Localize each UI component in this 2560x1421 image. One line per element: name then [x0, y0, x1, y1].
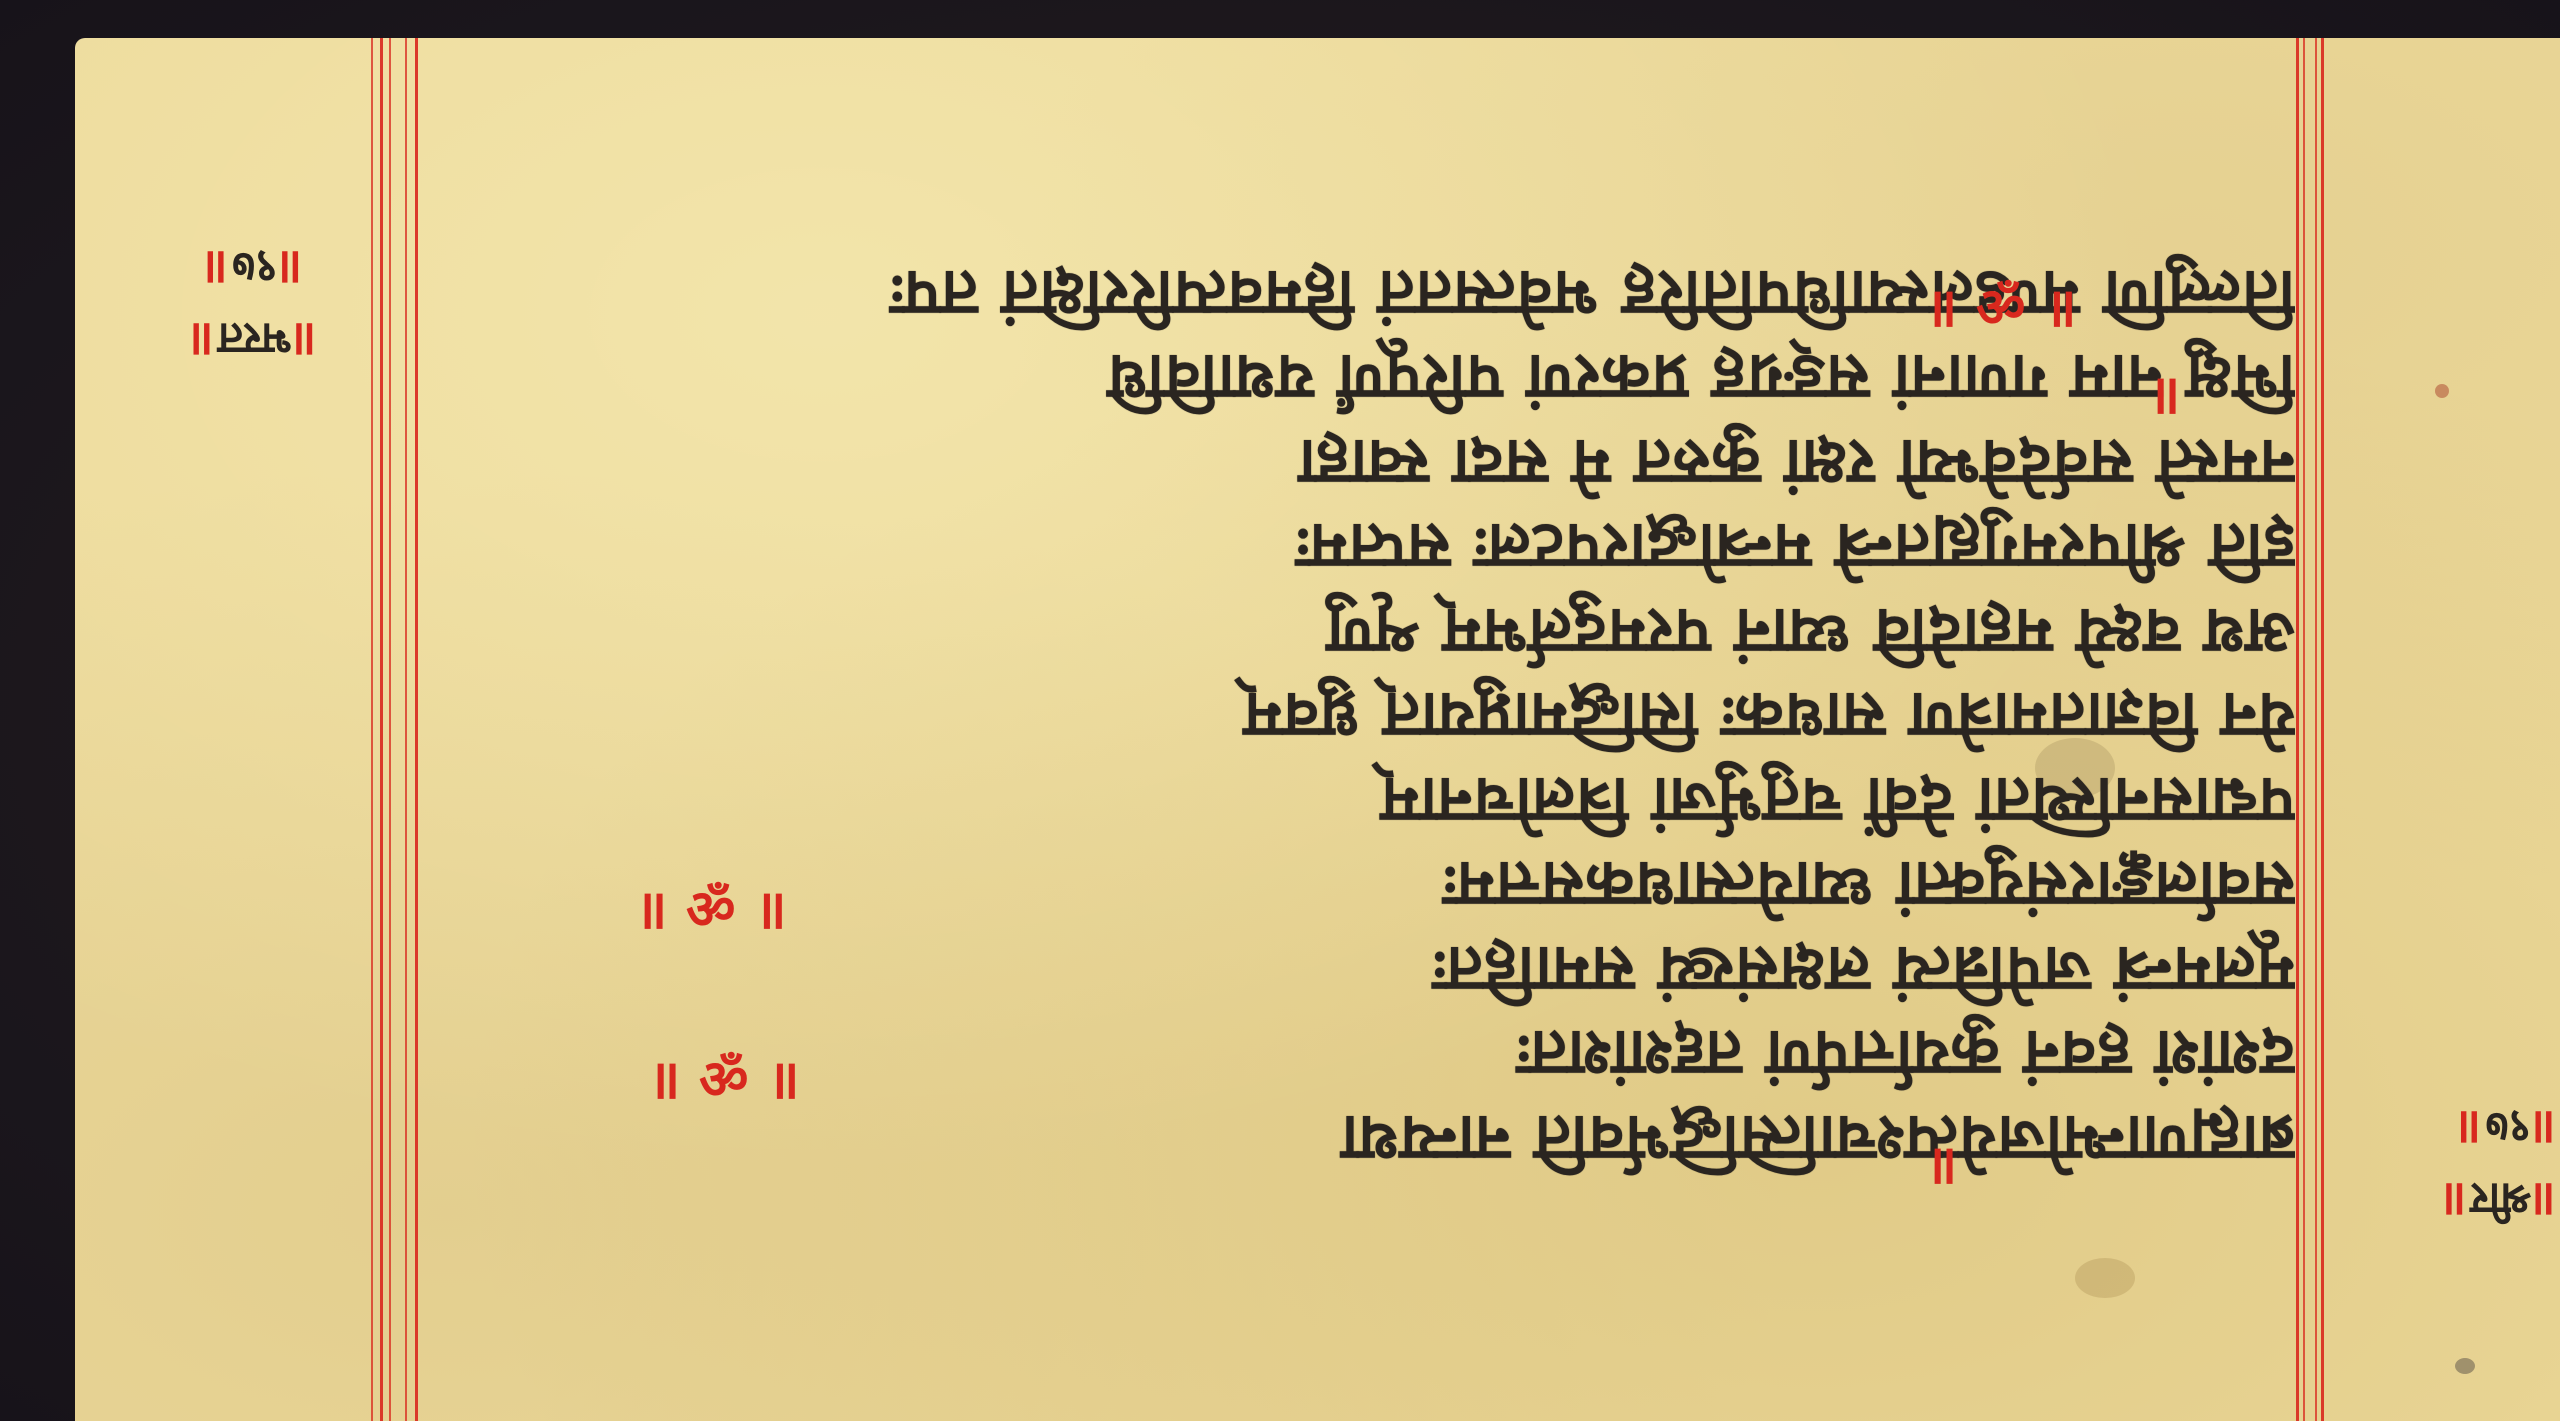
- left-folio-label: ॥भरत॥ ॥९७॥: [140, 225, 370, 375]
- rubric-danda-mark: ॥: [2148, 355, 2180, 429]
- manuscript-line: पद्मासनस्थितां देवीं चतुर्भुजां त्रिलोचन…: [410, 758, 2295, 843]
- manuscript-line: नमस्ते सर्वदेवेभ्यो रक्षां कुरुत मे सदा …: [410, 420, 2295, 505]
- left-margin-rule: [405, 38, 407, 1421]
- right-folio-label: ॥श्रीर॥ ॥९७॥: [2380, 1085, 2560, 1235]
- ink-spot: [2435, 384, 2449, 398]
- right-margin-rule: [2315, 38, 2317, 1421]
- stain: [2075, 1258, 2135, 1298]
- left-margin-rule: [389, 38, 391, 1421]
- manuscript-line: येन विज्ञातमात्रेण साधकः सिद्धिमाप्नुयात…: [410, 673, 2295, 758]
- right-folio-label-line2: ॥श्रीर॥: [2380, 1163, 2560, 1235]
- left-folio-label-line2: ॥भरत॥: [140, 303, 370, 375]
- stain: [2455, 1358, 2475, 1374]
- manuscript-line: इति श्रीपरमगुह्यतन्त्रे मन्त्रोद्धारपटलः…: [410, 504, 2295, 589]
- right-folio-label-line1: ॥९७॥: [2380, 1091, 2560, 1163]
- left-folio-label-line1: ॥९७॥: [140, 231, 370, 303]
- right-margin-rule: [2296, 38, 2299, 1421]
- rubric-danda-mark: ॥ ॐ ॥: [635, 870, 787, 944]
- rubric-danda-mark: ॥ ॐ ॥: [648, 1040, 800, 1114]
- manuscript-line: अथ वक्ष्ये महादेवि ध्यानं परमदुर्लभम् शृ…: [410, 589, 2295, 674]
- right-margin-rule: [2303, 38, 2305, 1421]
- rubric-danda-mark: ॥: [1925, 1125, 1957, 1199]
- left-margin-rule: [380, 38, 383, 1421]
- rubric-danda-mark: ॥ ॐ ॥: [1925, 268, 2077, 342]
- left-margin-rule: [371, 38, 373, 1421]
- manuscript-line: भिक्षु नाम गणानां सङ्ग्रह प्रकरणं परिपूर…: [410, 335, 2295, 420]
- right-margin-rule: [2321, 38, 2324, 1421]
